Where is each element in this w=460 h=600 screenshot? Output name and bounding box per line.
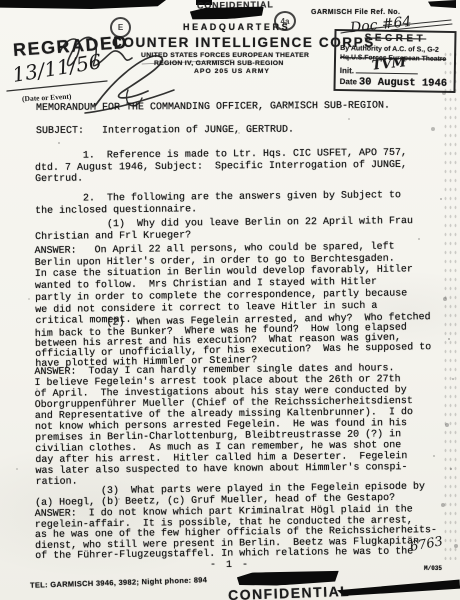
memo-heading: MEMORANDUM FOR THE COMMANDING OFFICER, G…	[36, 101, 390, 115]
answer-3: ANSWER: I do not know which part Krimina…	[35, 505, 438, 563]
secret-date-value: 30 August 1946	[359, 76, 447, 90]
footer-ref-code: M/035	[424, 563, 442, 575]
subject-line: SUBJECT: Interrogation of JUNGE, GERTRUD…	[36, 125, 294, 138]
circular-stamp-left-glyph: E	[118, 23, 123, 32]
secret-classification: SECRET	[340, 32, 450, 45]
file-ref-label: GARMISCH File Ref. No.	[311, 9, 400, 16]
footer-telephone-line: TEL: GARMISCH 3946, 3982; Night phone: 8…	[30, 575, 207, 590]
secret-authority-line: By Authority of A.C. of S., G-2	[340, 45, 450, 54]
redaction-bar-top-right	[428, 0, 456, 8]
letterhead-region: REGION IV, GARMISCH SUB-REGION	[154, 60, 284, 67]
paragraph-1: 1. Reference is made to Ltr. Hqs. CIC US…	[35, 148, 407, 186]
letterhead-apo: APO 205 US ARMY	[194, 68, 270, 75]
scanned-document-page: CONFIDENTIAL E 4a HEADQUARTERS COUNTER I…	[0, 0, 460, 600]
secret-regrade-stamp-box: SECRET By Authority of A.C. of S., G-2 H…	[333, 29, 456, 93]
secret-date-label: Date	[340, 77, 357, 86]
redaction-bar-top-left	[0, 0, 166, 9]
regraded-date-caption: (Date or Event)	[22, 92, 72, 104]
letterhead-headquarters: HEADQUARTERS	[183, 22, 290, 32]
scan-noise-right-edge	[443, 50, 458, 560]
page-number: - 1 -	[0, 560, 460, 572]
redaction-streak-bottom-right	[337, 579, 460, 596]
scan-noise-specks	[0, 0, 2, 2]
letterhead-theater: UNITED STATES FORCES EUROPEAN THEATER	[141, 52, 309, 59]
answer-2: ANSWER: Today I can hardly remember sing…	[34, 363, 413, 488]
question-2: (2) When was Fegelein arrested, and why?…	[35, 313, 432, 369]
secret-init-label: Init.	[340, 66, 354, 75]
confidential-stamp-bottom: CONFIDENTIAL	[228, 583, 351, 600]
question-1: (1) Why did you leave Berlin on 22 April…	[35, 216, 413, 243]
paragraph-2: 2. The following are the answers given b…	[35, 190, 401, 217]
